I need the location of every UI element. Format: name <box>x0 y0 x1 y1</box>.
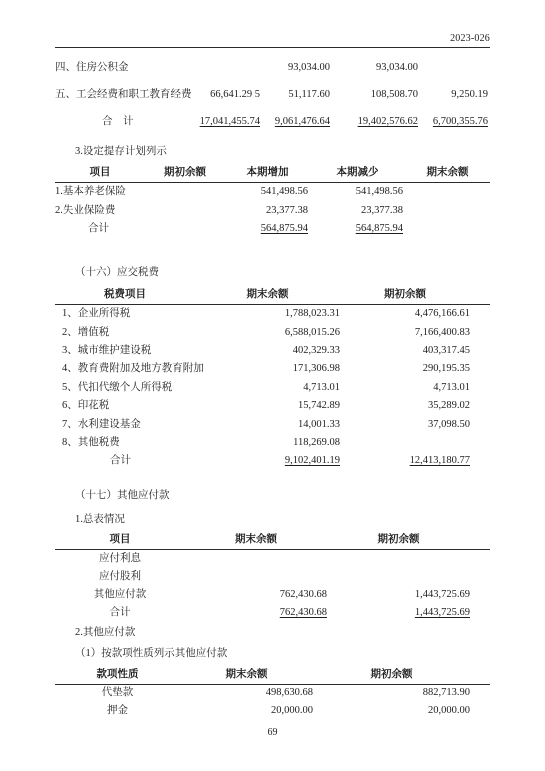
amount-cell: 4,713.01 <box>340 379 490 397</box>
item-cell: 代垫款 <box>55 684 180 702</box>
amount-cell: 762,430.68 <box>185 604 327 622</box>
amount-cell: 12,413,180.77 <box>340 452 490 470</box>
amount-cell <box>405 183 490 202</box>
item-cell: 合计 <box>55 452 195 470</box>
column-header: 期初余额 <box>145 165 225 183</box>
item-cell: 8、其他税费 <box>55 434 195 452</box>
amount-cell: 66,641.29 5 <box>190 81 260 108</box>
amount-cell: 23,377.38 <box>225 201 310 219</box>
item-cell: 合计 <box>55 604 185 622</box>
amount-cell: 541,498.56 <box>310 183 405 202</box>
table-row: 2、增值税 6,588,015.26 7,166,400.83 <box>55 324 490 342</box>
amount-cell <box>145 220 225 238</box>
table-row: 5、代扣代缴个人所得税 4,713.01 4,713.01 <box>55 379 490 397</box>
table-row: 五、工会经费和职工教育经费 66,641.29 5 51,117.60 108,… <box>55 81 490 108</box>
amount-cell: 7,166,400.83 <box>340 324 490 342</box>
column-header: 期末余额 <box>405 165 490 183</box>
table-header-row: 项目 期末余额 期初余额 <box>55 532 490 550</box>
amount-cell: 20,000.00 <box>180 702 313 720</box>
subsection-title-by-nature: （1）按款项性质列示其他应付款 <box>55 648 490 660</box>
amount-cell: 1,443,725.69 <box>327 604 490 622</box>
amount-cell: 1,443,725.69 <box>327 586 490 604</box>
item-cell: 1.基本养老保险 <box>55 183 145 202</box>
amount-cell: 51,117.60 <box>260 81 330 108</box>
header-rule <box>55 47 490 48</box>
column-header: 期初余额 <box>327 532 490 550</box>
amount-cell: 498,630.68 <box>180 684 313 702</box>
amount-cell <box>185 568 327 586</box>
item-cell: 6、印花税 <box>55 397 195 415</box>
table-row: 四、住房公积金 93,034.00 93,034.00 <box>55 54 490 81</box>
table-header-row: 项目 期初余额 本期增加 本期减少 期末余额 <box>55 165 490 183</box>
amount-cell: 15,742.89 <box>195 397 340 415</box>
amount-cell: 564,875.94 <box>225 220 310 238</box>
table-row: 8、其他税费 118,269.08 <box>55 434 490 452</box>
amount-cell: 290,195.35 <box>340 360 490 378</box>
table-row: 其他应付款 762,430.68 1,443,725.69 <box>55 586 490 604</box>
table-row: 7、水利建设基金 14,001.33 37,098.50 <box>55 415 490 433</box>
table-row: 2.失业保险费 23,377.38 23,377.38 <box>55 201 490 219</box>
table-row: 押金 20,000.00 20,000.00 <box>55 702 490 720</box>
item-cell: 3、城市维护建设税 <box>55 342 195 360</box>
amount-cell: 23,377.38 <box>310 201 405 219</box>
amount-cell: 118,269.08 <box>195 434 340 452</box>
page-content: 2023-026 四、住房公积金 93,034.00 93,034.00 五、工… <box>55 0 490 738</box>
item-cell: 五、工会经费和职工教育经费 <box>55 81 190 108</box>
taxes-payable-table: 税费项目 期末余额 期初余额 1、企业所得税 1,788,023.31 4,47… <box>55 287 490 470</box>
amount-cell <box>327 549 490 568</box>
amount-cell: 762,430.68 <box>185 586 327 604</box>
defined-contribution-table: 项目 期初余额 本期增加 本期减少 期末余额 1.基本养老保险 541,498.… <box>55 165 490 238</box>
amount-cell: 564,875.94 <box>310 220 405 238</box>
amount-cell: 171,306.98 <box>195 360 340 378</box>
item-cell: 其他应付款 <box>55 586 185 604</box>
amount-cell: 9,250.19 <box>418 81 490 108</box>
item-cell: 押金 <box>55 702 180 720</box>
subsection-title-detail: 2.其他应付款 <box>55 627 490 639</box>
amount-cell: 402,329.33 <box>195 342 340 360</box>
amount-cell: 20,000.00 <box>313 702 490 720</box>
table-header-row: 税费项目 期末余额 期初余额 <box>55 287 490 305</box>
column-header: 项目 <box>55 165 145 183</box>
amount-cell: 14,001.33 <box>195 415 340 433</box>
total-row: 合计 762,430.68 1,443,725.69 <box>55 604 490 622</box>
column-header: 本期减少 <box>310 165 405 183</box>
other-payables-by-nature-table: 款项性质 期末余额 期初余额 代垫款 498,630.68 882,713.90… <box>55 667 490 720</box>
table-row: 应付利息 <box>55 549 490 568</box>
amount-cell <box>185 549 327 568</box>
amount-cell: 541,498.56 <box>225 183 310 202</box>
section-title-defined-contribution: 3.设定提存计划列示 <box>55 146 490 158</box>
section-title-taxes-payable: （十六）应交税费 <box>55 267 490 279</box>
doc-number: 2023-026 <box>55 0 490 44</box>
item-cell: 应付股利 <box>55 568 185 586</box>
item-cell: 合 计 <box>55 108 190 135</box>
table-row: 应付股利 <box>55 568 490 586</box>
amount-cell: 6,700,355.76 <box>418 108 490 135</box>
welfare-expense-table: 四、住房公积金 93,034.00 93,034.00 五、工会经费和职工教育经… <box>55 54 490 135</box>
amount-cell <box>405 201 490 219</box>
item-cell: 四、住房公积金 <box>55 54 190 81</box>
table-row: 4、教育费附加及地方教育附加 171,306.98 290,195.35 <box>55 360 490 378</box>
column-header: 税费项目 <box>55 287 195 305</box>
amount-cell: 108,508.70 <box>330 81 418 108</box>
amount-cell: 882,713.90 <box>313 684 490 702</box>
column-header: 期末余额 <box>185 532 327 550</box>
column-header: 期末余额 <box>180 667 313 685</box>
column-header: 本期增加 <box>225 165 310 183</box>
total-row: 合计 564,875.94 564,875.94 <box>55 220 490 238</box>
amount-cell <box>327 568 490 586</box>
amount-cell <box>418 54 490 81</box>
document-page: 2023-026 四、住房公积金 93,034.00 93,034.00 五、工… <box>0 0 545 771</box>
item-cell: 合计 <box>55 220 145 238</box>
table-row: 6、印花税 15,742.89 35,289.02 <box>55 397 490 415</box>
column-header: 项目 <box>55 532 185 550</box>
amount-cell: 93,034.00 <box>260 54 330 81</box>
amount-cell: 1,788,023.31 <box>195 305 340 324</box>
total-row: 合 计 17,041,455.74 9,061,476.64 19,402,57… <box>55 108 490 135</box>
column-header: 期末余额 <box>195 287 340 305</box>
table-row: 3、城市维护建设税 402,329.33 403,317.45 <box>55 342 490 360</box>
amount-cell: 19,402,576.62 <box>330 108 418 135</box>
amount-cell: 35,289.02 <box>340 397 490 415</box>
column-header: 款项性质 <box>55 667 180 685</box>
item-cell: 7、水利建设基金 <box>55 415 195 433</box>
item-cell: 应付利息 <box>55 549 185 568</box>
section-title-other-payables: （十七）其他应付款 <box>55 490 490 502</box>
amount-cell: 4,476,166.61 <box>340 305 490 324</box>
table-row: 1、企业所得税 1,788,023.31 4,476,166.61 <box>55 305 490 324</box>
amount-cell: 9,102,401.19 <box>195 452 340 470</box>
amount-cell: 9,061,476.64 <box>260 108 330 135</box>
total-row: 合计 9,102,401.19 12,413,180.77 <box>55 452 490 470</box>
item-cell: 5、代扣代缴个人所得税 <box>55 379 195 397</box>
table-header-row: 款项性质 期末余额 期初余额 <box>55 667 490 685</box>
item-cell: 1、企业所得税 <box>55 305 195 324</box>
amount-cell: 403,317.45 <box>340 342 490 360</box>
item-cell: 4、教育费附加及地方教育附加 <box>55 360 195 378</box>
amount-cell <box>340 434 490 452</box>
page-number: 69 <box>55 727 490 738</box>
amount-cell: 4,713.01 <box>195 379 340 397</box>
subsection-title-summary: 1.总表情况 <box>55 514 490 526</box>
column-header: 期初余额 <box>313 667 490 685</box>
amount-cell: 37,098.50 <box>340 415 490 433</box>
table-row: 代垫款 498,630.68 882,713.90 <box>55 684 490 702</box>
amount-cell <box>145 201 225 219</box>
amount-cell <box>405 220 490 238</box>
item-cell: 2.失业保险费 <box>55 201 145 219</box>
column-header: 期初余额 <box>340 287 490 305</box>
amount-cell: 93,034.00 <box>330 54 418 81</box>
amount-cell: 17,041,455.74 <box>190 108 260 135</box>
item-cell: 2、增值税 <box>55 324 195 342</box>
amount-cell: 6,588,015.26 <box>195 324 340 342</box>
table-row: 1.基本养老保险 541,498.56 541,498.56 <box>55 183 490 202</box>
amount-cell <box>145 183 225 202</box>
amount-cell <box>190 54 260 81</box>
other-payables-summary-table: 项目 期末余额 期初余额 应付利息 应付股利 其他应付款 762,430.68 … <box>55 532 490 622</box>
